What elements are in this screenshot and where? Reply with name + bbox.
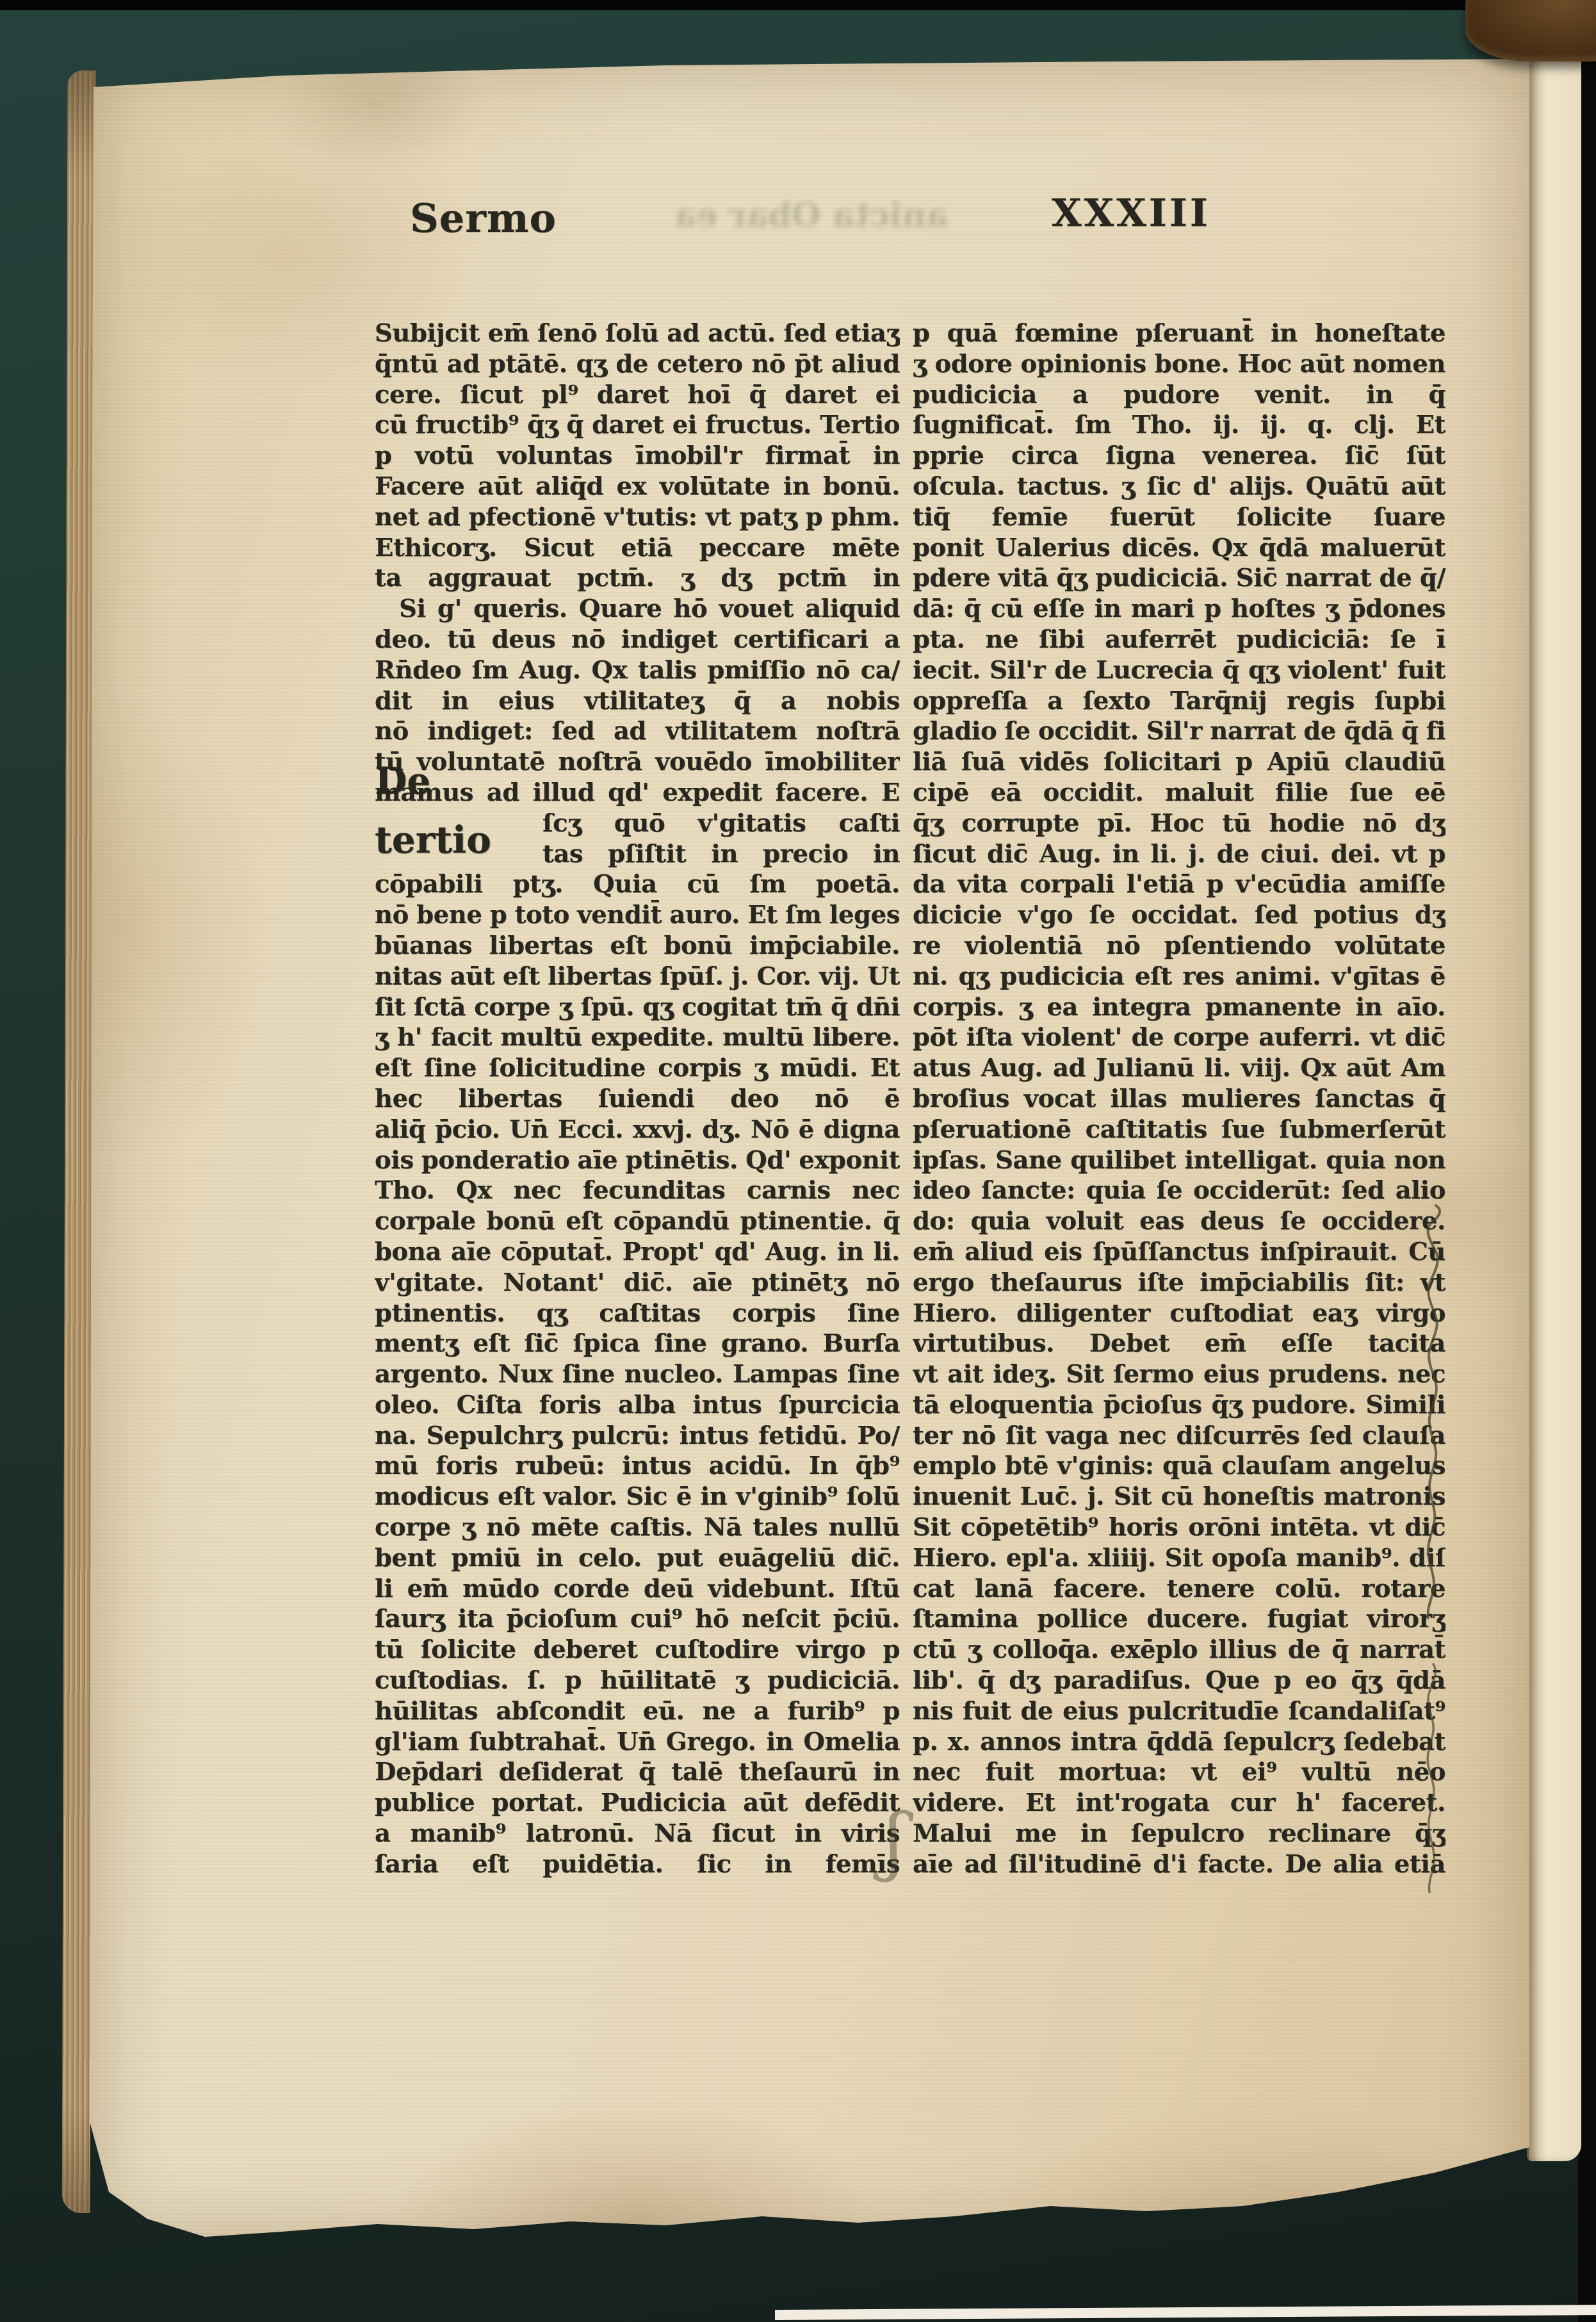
text-line: liā ſuā vidēs ſolicitari p Apiū claudiū … — [913, 747, 1445, 778]
text-line: aliq̄ p̄cio. Un̄ Ecci. xxvj. dʒ. Nō ē di… — [375, 1115, 900, 1145]
text-line: Facere aūt aliq̄d ex volūtate in bonū. p… — [375, 471, 900, 502]
text-line: em̄ aliud eis ſpūſſanctus inſpirauit. Cū — [913, 1237, 1445, 1268]
text-line: oſcula. tactus. ʒ ſic d' alijs. Quātū aū… — [913, 471, 1445, 502]
text-line: gl'iam ſubtrahat̄. Un̄ Grego. in Omelia — [375, 1727, 900, 1758]
text-line: bent pmiū in celo. put euāgeliū dic̄. So… — [375, 1543, 900, 1574]
text-line: oleo. Ciſta foris alba intus ſpurcicia p… — [375, 1390, 900, 1421]
text-line: cōpabili ptʒ. Quia cū ſm poetā. Libertaſ — [375, 869, 900, 900]
text-line: hūilitas abſcondit eū. ne a furib⁹ p van… — [375, 1696, 900, 1727]
text-line: nitas aūt eſt libertas ſpūſ. j. Cor. vij… — [375, 961, 900, 992]
text-line: ter nō ſit vaga nec diſcurrēs ſed clauſa… — [913, 1421, 1445, 1451]
text-line: ſugnificat̄. ſm Tho. ij. ij. q. clj. Et … — [913, 410, 1445, 441]
text-line: iecit. Sil'r de Lucrecia q̄ qʒ violent' … — [913, 655, 1445, 686]
text-line: emplo btē v'ginis: quā clauſam angelus — [913, 1451, 1445, 1482]
text-line: pdere vitā q̄ʒ pudiciciā. Sic̄ narrat de… — [913, 563, 1445, 594]
text-line: cat lanā facere. tenere colū. rotare fuſ… — [913, 1574, 1445, 1605]
text-line: virtutibus. Debet em̄ eſſe tacita ſilent… — [913, 1329, 1445, 1359]
text-line: ta aggrauat pctm̄. ʒ dʒ pctm̄ in ſpm̄ſcr… — [375, 563, 900, 594]
text-line: ſcʒ quō v'gitatis caſti — [542, 808, 900, 839]
text-line: tiq̄ femīe fuerūt ſolicite ſuare pudicic… — [913, 502, 1445, 533]
text-line: būanas libertas eſt bonū imp̄ciabile. v'… — [375, 931, 900, 961]
text-line: nec fuit mortua: vt ei⁹ vultū nēo potera… — [913, 1757, 1445, 1788]
text-line: net ad pfectionē v'tutis: vt patʒ p phm.… — [375, 502, 900, 533]
text-line: Tho. Qx nec fecunditas carnis nec aliqd' — [375, 1175, 900, 1206]
text-line: re violentiā nō pſentiendo volūtate libi… — [913, 931, 1445, 961]
left-paragraph-1: Subijcit em̄ ſenō ſolū ad actū. ſed etia… — [375, 318, 900, 808]
text-line: ſicut dic̄ Aug. in li. j. de ciui. dei. … — [913, 839, 1445, 870]
text-line: inuenit Luc̄. j. Sit cū honeſtis matroni… — [913, 1482, 1445, 1512]
text-line: Si g' queris. Quare hō vouet aliquid — [375, 594, 900, 625]
text-line: aīe ad ſil'itudinē d'i facte. De alia et… — [913, 1849, 1445, 1880]
scan-light-sliver — [775, 2305, 1596, 2320]
text-line: dit in eius vtilitateʒ q̄ a nobis certif… — [375, 686, 900, 717]
text-line: deo. tū deus nō indiget certificari a no… — [375, 625, 900, 655]
text-line: v'gitate. Notant' dic̄. aīe ptinētʒ nō c… — [375, 1268, 900, 1298]
folio-number: XXXIII — [1052, 191, 1210, 236]
text-line: ponit Ualerius dicēs. Qx q̄dā maluerūt — [913, 533, 1445, 564]
show-through-text: anicta Obar ea — [538, 196, 948, 235]
adjacent-page-edge — [1527, 60, 1581, 2161]
text-line: Hiero. epl'a. xliiij. Sit opoſa manib⁹. … — [913, 1543, 1445, 1574]
text-line: da vita corpali l'etiā p v'ecūdia amiſſe… — [913, 869, 1445, 900]
text-line: nō bene p toto vendit̄ auro. Et ſm leges — [375, 900, 900, 931]
text-line: publice portat. Pudicicia aūt defēdit eu… — [375, 1788, 900, 1819]
text-line: ſtamina pollice ducere. fugiat virorʒ aſ… — [913, 1604, 1445, 1635]
text-line: pudicicia a pudore venit. in q̄ verecūdi… — [913, 380, 1445, 411]
text-line: ʒ odore opinionis bone. Hoc aūt nomen — [913, 349, 1445, 380]
text-line: argento. Nux ſine nucleo. Lampas ſine — [375, 1359, 900, 1390]
text-line: Malui me in ſepulcro reclinare q̄ʒ nocer… — [913, 1819, 1445, 1849]
book-page: Sermo anicta Obar ea XXXIII Subijcit em̄… — [90, 59, 1529, 2242]
text-line: Rn̄deo ſm Aug. Qx talis pmiſſio nō ca/ — [375, 655, 900, 686]
text-line: bona aīe cōputat̄. Propt' qd' Aug. in li… — [375, 1237, 900, 1268]
text-line: Subijcit em̄ ſenō ſolū ad actū. ſed etia… — [375, 318, 900, 349]
text-line: do: quia voluit eas deus ſe occidere. fo… — [913, 1206, 1445, 1237]
text-line: p. x. annos intra q̄ddā ſepulcrʒ ſedebat… — [913, 1727, 1445, 1758]
text-line: nō indiget: ſed ad vtilitatem noſtrā inq… — [375, 716, 900, 747]
text-line: eſt ſine ſolicitudine corpis ʒ mūdi. Et … — [375, 1053, 900, 1084]
text-line: mentʒ eſt ſic̄ ſpica ſine grano. Burſa ſ… — [375, 1329, 900, 1359]
text-line: ſit ſctā corpe ʒ ſpū. qʒ cogitat tm̄ q̄ … — [375, 992, 900, 1023]
left-text-column: Subijcit em̄ ſenō ſolū ad actū. ſed etia… — [375, 318, 900, 1880]
text-line: pōt iſta violent' de corpe auferri. vt d… — [913, 1022, 1445, 1053]
text-line: ſaria eſt puidētia. ſic in femīs pudicic… — [375, 1849, 900, 1880]
text-line: oppreſſa a ſexto Tarq̄nij regis ſupbi fi… — [913, 686, 1445, 717]
text-line: broſius vocat illas mulieres ſanctas q̄ … — [913, 1084, 1445, 1115]
text-line: pſeruationē caſtitatis ſue ſubmerſerūt ſ… — [913, 1115, 1445, 1145]
text-line: tū ſolicite deberet cuſtodire virgo p du… — [375, 1635, 900, 1665]
text-line: corpis. ʒ ea integra pmanente in aīo. no… — [913, 992, 1445, 1023]
text-line: atus Aug. ad Julianū li. viij. Qx aūt Am — [913, 1053, 1445, 1084]
running-title: Sermo — [410, 195, 557, 241]
text-line: videre. Et int'rogata cur h' faceret. Rn… — [913, 1788, 1445, 1819]
text-line: pta. ne ſibi auferrēt pudiciciā: ſe ī ma… — [913, 625, 1445, 655]
text-line: tas pſiſtit in precio in — [542, 839, 900, 870]
pen-squiggle-icon — [1417, 1203, 1449, 1965]
text-line: na. Sepulchrʒ pulcrū: intus fetidū. Po/ — [375, 1421, 900, 1451]
text-line: gladio ſe occidit. Sil'r narrat de q̄dā … — [913, 716, 1445, 747]
section-initial-row: De tertio ſcʒ quō v'gitatis caſtitas pſi… — [375, 808, 900, 870]
text-line: q̄ntū ad ptātē. qʒ de cetero nō p̄t aliu… — [375, 349, 900, 380]
text-line: q̄ʒ corrupte pī. Hoc tū hodie nō dʒ ſuar… — [913, 808, 1445, 839]
text-line: dicicie v'go ſe occidat. ſed potius dʒ ſ… — [913, 900, 1445, 931]
text-line: corpe ʒ nō mēte caſtis. Nā tales nullū h… — [375, 1512, 900, 1543]
text-line: cū fructib⁹ q̄ʒ q̄ daret ei fructus. Ter… — [375, 410, 900, 441]
text-line: ptinentis. qʒ caſtitas corpis ſine caſti… — [375, 1298, 900, 1329]
text-line: mū foris rubeū: intus acidū. In q̄b⁹ oīb… — [375, 1451, 900, 1482]
scan-edge-strip — [0, 0, 1596, 10]
text-line: Dep̄dari deſiderat q̄ talē theſaurū in v… — [375, 1757, 900, 1788]
text-line: Ethicorʒ. Sicut etiā peccare mēte obſtia — [375, 533, 900, 564]
text-line: modicus eſt valor. Sic ē in v'ginib⁹ ſol… — [375, 1482, 900, 1512]
text-line: ni. qʒ pudicicia eſt res animi. v'gītas … — [913, 961, 1445, 992]
text-line: Hiero. diligenter cuſtodiat eaʒ virgo hi… — [913, 1298, 1445, 1329]
photo-of-open-incunabulum: Sermo anicta Obar ea XXXIII Subijcit em̄… — [0, 0, 1596, 2322]
text-line: tā eloquentia p̄cioſus q̄ʒ pudore. Simil… — [913, 1390, 1445, 1421]
text-line: cere. ſicut pl⁹ daret hoī q̄ daret ei ar… — [375, 380, 900, 411]
text-line: ergo theſaurus iſte imp̄ciabilis ſit: vt… — [913, 1268, 1445, 1298]
text-line: dā: q̄ cū eſſe in mari p hoſtes ʒ p̄done… — [913, 594, 1445, 625]
text-line: ʒ h' facit multū expedite. multū libere.… — [375, 1022, 900, 1053]
initial-side-lines: ſcʒ quō v'gitatis caſtitas pſiſtit in pr… — [542, 808, 900, 870]
right-text-column: p quā fœmine pſeruant̄ in honeſtate fame… — [913, 318, 1445, 1880]
left-paragraph-2: cōpabili ptʒ. Quia cū ſm poetā. Libertaſ… — [375, 869, 900, 1879]
text-line: a manib⁹ latronū. Nā ſicut in viris nece… — [375, 1819, 900, 1849]
text-line: cipē eā occidit. maluit filie ſue eē īte… — [913, 778, 1445, 808]
text-line: p votū voluntas īmobil'r firmat̄ in bono… — [375, 441, 900, 471]
text-line: ideo ſancte: quia ſe occiderūt: ſed alio… — [913, 1175, 1445, 1206]
text-line: lib'. q̄ dʒ paradiſus. Que p eo q̄ʒ q̄dā… — [913, 1665, 1445, 1696]
text-line: ſaurʒ ita p̄cioſum cui⁹ hō neſcit p̄ciū.… — [375, 1604, 900, 1635]
leather-clasp — [1465, 0, 1596, 61]
text-line: p quā fœmine pſeruant̄ in honeſtate fame — [913, 318, 1445, 349]
section-initial: De tertio — [375, 751, 532, 869]
text-line: cuſtodias. ſ. p hūilitatē ʒ pudiciciā. N… — [375, 1665, 900, 1696]
text-line: ctū ʒ colloq̄a. exēplo illius de q̄ narr… — [913, 1635, 1445, 1665]
text-line: nis fuit de eius pulcritudīe ſcandaliſat… — [913, 1696, 1445, 1727]
text-line: vt ait ideʒ. Sit ſermo eius prudens. nec — [913, 1359, 1445, 1390]
text-line: ipſas. Sane quilibet intelligat. quia no… — [913, 1145, 1445, 1176]
text-line: corpale bonū eſt cōpandū ptinentie. q̄ i… — [375, 1206, 900, 1237]
text-line: ois ponderatio aīe ptinētis. Qd' exponit — [375, 1145, 900, 1176]
text-line: pprie circa ſigna venerea. ſic̄ ſūt aſpe… — [913, 441, 1445, 471]
text-line: li em̄ mūdo corde deū videbunt. Iſtū the — [375, 1574, 900, 1605]
text-line: Sit cōpetētib⁹ horis orōni intēta. vt di… — [913, 1512, 1445, 1543]
text-line: hec libertas ſuiendi deo nō ē appreciabi… — [375, 1084, 900, 1115]
